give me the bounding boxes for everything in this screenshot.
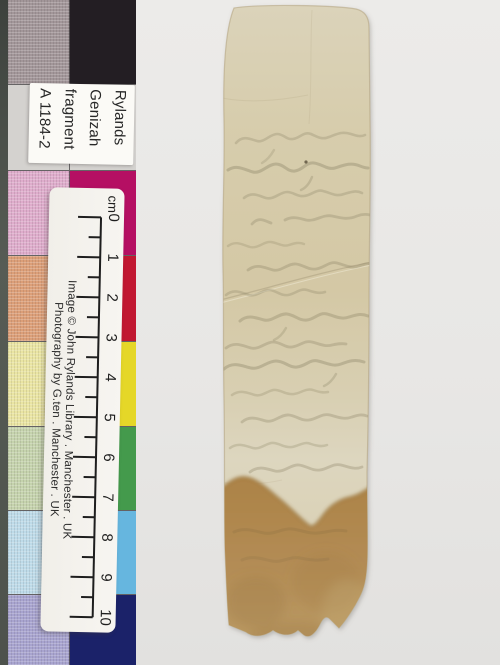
label-line-collection: Rylands <box>106 90 133 166</box>
chart-edge-strip <box>0 0 8 665</box>
ruler-number-8: 8 <box>98 533 115 542</box>
ink-fleck <box>304 160 307 163</box>
ruler-number-10: 10 <box>96 609 113 626</box>
ruler: cm 0 1 2 3 4 5 6 7 8 9 10 <box>40 187 124 632</box>
ruler-number-9: 9 <box>97 573 114 582</box>
specimen-label: Rylands Genizah fragment A 1184-2 <box>28 83 135 165</box>
color-row-gray-black <box>8 0 136 84</box>
label-line-type: fragment <box>56 88 83 164</box>
ruler-number-4: 4 <box>102 373 119 382</box>
ruler-number-7: 7 <box>99 493 116 502</box>
specimen-label-text: Rylands Genizah fragment A 1184-2 <box>28 83 135 165</box>
ruler-number-6: 6 <box>100 453 117 462</box>
ruler-number-0: 0 <box>105 213 122 222</box>
color-patch-black <box>70 0 136 84</box>
photo-stage: Rylands Genizah fragment A 1184-2 cm 0 1… <box>0 0 500 665</box>
label-line-shelfmark: A 1184-2 <box>31 88 58 164</box>
ruler-number-2: 2 <box>103 293 120 302</box>
ruler-number-3: 3 <box>102 333 119 342</box>
ruler-face: cm 0 1 2 3 4 5 6 7 8 9 10 <box>40 187 124 632</box>
manuscript-fragment <box>216 2 376 654</box>
label-line-series: Genizah <box>81 89 108 165</box>
ruler-number-1: 1 <box>104 253 121 262</box>
color-patch-mauve-gray <box>8 0 70 84</box>
ruler-number-5: 5 <box>101 413 118 422</box>
ruler-unit-label: cm <box>105 195 120 213</box>
